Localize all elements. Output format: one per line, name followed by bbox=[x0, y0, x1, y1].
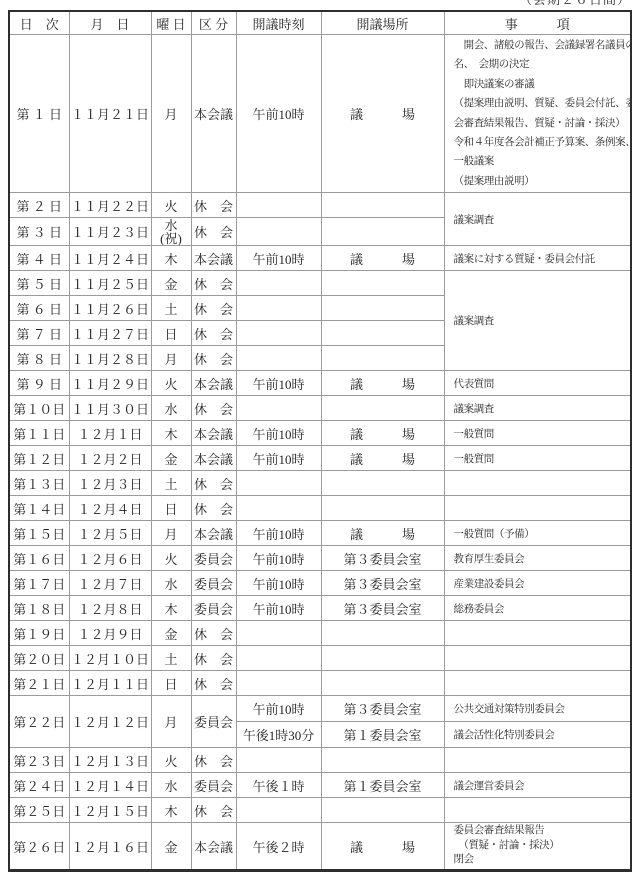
schedule-cell: 第１２日 bbox=[9, 446, 69, 471]
schedule-cell: 金 bbox=[151, 621, 191, 646]
matter-cell: 公共交通対策特別委員会 bbox=[444, 696, 631, 722]
schedule-cell: 第２０日 bbox=[9, 646, 69, 671]
schedule-cell bbox=[321, 296, 444, 321]
schedule-cell: 議 場 bbox=[321, 421, 444, 446]
schedule-cell: 本会議 bbox=[191, 35, 236, 193]
schedule-cell: 委員会 bbox=[191, 546, 236, 571]
column-header: 事 項 bbox=[444, 11, 631, 35]
schedule-cell: １２月２日 bbox=[69, 446, 151, 471]
schedule-cell: 午前10時 bbox=[236, 35, 321, 193]
schedule-cell: 午後２時 bbox=[236, 823, 321, 871]
text-line: 令和４年度各会計補正予算案、条例案、 bbox=[454, 133, 628, 152]
table-row: 第１０日１１月３０日水休 会議案調査 bbox=[9, 396, 631, 421]
schedule-cell bbox=[321, 218, 444, 246]
schedule-cell bbox=[236, 798, 321, 823]
schedule-cell: 休 会 bbox=[191, 671, 236, 696]
table-row: 第２３日１２月１３日火休 会 bbox=[9, 748, 631, 773]
schedule-cell: 休 会 bbox=[191, 471, 236, 496]
schedule-cell: １１月２４日 bbox=[69, 246, 151, 271]
schedule-cell: 金 bbox=[151, 271, 191, 296]
text-line: 開会、諸般の報告、会議録署名議員の指 bbox=[454, 36, 628, 55]
schedule-cell: 木 bbox=[151, 798, 191, 823]
schedule-cell: 第２６日 bbox=[9, 823, 69, 871]
matter-cell bbox=[444, 671, 631, 696]
table-row: 第１９日１２月９日金休 会 bbox=[9, 621, 631, 646]
table-row: 第 ９ 日１１月２９日火本会議午前10時議 場代表質問 bbox=[9, 371, 631, 396]
schedule-cell: 議 場 bbox=[321, 35, 444, 193]
schedule-cell: 休 会 bbox=[191, 218, 236, 246]
schedule-cell: １２月１５日 bbox=[69, 798, 151, 823]
schedule-cell: １２月６日 bbox=[69, 546, 151, 571]
schedule-cell: 第１１日 bbox=[9, 421, 69, 446]
schedule-cell: １１月２１日 bbox=[69, 35, 151, 193]
schedule-cell bbox=[236, 671, 321, 696]
schedule-cell: １１月２３日 bbox=[69, 218, 151, 246]
schedule-cell: 本会議 bbox=[191, 521, 236, 546]
schedule-cell: 議 場 bbox=[321, 521, 444, 546]
matter-cell bbox=[444, 798, 631, 823]
schedule-cell: １２月１３日 bbox=[69, 748, 151, 773]
matter-cell: 議案に対する質疑・委員会付託 bbox=[444, 246, 631, 271]
schedule-cell: １１月２９日 bbox=[69, 371, 151, 396]
table-row: 第１６日１２月６日火委員会午前10時第３委員会室教育厚生委員会 bbox=[9, 546, 631, 571]
schedule-cell bbox=[236, 496, 321, 521]
text-line: （提案理由説明、質疑、委員会付託、委員 bbox=[454, 94, 628, 113]
table-row: 第１７日１２月７日水委員会午前10時第３委員会室産業建設委員会 bbox=[9, 571, 631, 596]
text-line: 水 bbox=[152, 219, 191, 232]
text-line: （提案理由説明） bbox=[454, 172, 628, 191]
schedule-cell: 本会議 bbox=[191, 246, 236, 271]
header-row: 日 次月 日曜 日区 分開議時刻開議場所事 項 bbox=[9, 11, 631, 35]
text-line: (祝) bbox=[152, 232, 191, 245]
schedule-cell: 第 ７ 日 bbox=[9, 321, 69, 346]
schedule-cell: 第２５日 bbox=[9, 798, 69, 823]
schedule-cell: 第３委員会室 bbox=[321, 696, 444, 722]
schedule-cell: 委員会 bbox=[191, 773, 236, 798]
schedule-cell: 委員会 bbox=[191, 571, 236, 596]
schedule-cell: １２月９日 bbox=[69, 621, 151, 646]
matter-cell bbox=[444, 646, 631, 671]
schedule-cell: 土 bbox=[151, 471, 191, 496]
schedule-cell bbox=[236, 621, 321, 646]
schedule-cell bbox=[236, 218, 321, 246]
schedule-cell: 午後１時 bbox=[236, 773, 321, 798]
schedule-cell: 月 bbox=[151, 35, 191, 193]
schedule-cell: １１月２８日 bbox=[69, 346, 151, 371]
schedule-cell bbox=[321, 798, 444, 823]
schedule-cell: 議 場 bbox=[321, 371, 444, 396]
schedule-cell: １２月１６日 bbox=[69, 823, 151, 871]
schedule-cell: １２月１４日 bbox=[69, 773, 151, 798]
matter-cell bbox=[444, 496, 631, 521]
schedule-cell: 休 会 bbox=[191, 296, 236, 321]
column-header: 開議時刻 bbox=[236, 11, 321, 35]
schedule-cell: 第３委員会室 bbox=[321, 596, 444, 621]
schedule-cell: 第 ２ 日 bbox=[9, 193, 69, 218]
schedule-cell bbox=[236, 396, 321, 421]
schedule-cell: 第２１日 bbox=[9, 671, 69, 696]
schedule-cell: 第１４日 bbox=[9, 496, 69, 521]
schedule-cell: 第１委員会室 bbox=[321, 773, 444, 798]
schedule-cell bbox=[236, 296, 321, 321]
matter-cell: 総務委員会 bbox=[444, 596, 631, 621]
schedule-cell: 金 bbox=[151, 446, 191, 471]
matter-cell bbox=[444, 621, 631, 646]
schedule-cell: 木 bbox=[151, 246, 191, 271]
text-line: （質疑・討論・採決） bbox=[454, 839, 628, 854]
schedule-cell: 午前10時 bbox=[236, 596, 321, 621]
schedule-cell: １２月７日 bbox=[69, 571, 151, 596]
schedule-cell: 第２２日 bbox=[9, 696, 69, 748]
schedule-cell: １１月３０日 bbox=[69, 396, 151, 421]
text-line: 会審査結果報告、質疑・討論・採決） bbox=[454, 114, 628, 133]
schedule-cell: １２月３日 bbox=[69, 471, 151, 496]
table-row: 第２２日１２月１２日月委員会午前10時第３委員会室公共交通対策特別委員会 bbox=[9, 696, 631, 722]
schedule-cell: 土 bbox=[151, 646, 191, 671]
schedule-cell: 第 １ 日 bbox=[9, 35, 69, 193]
text-line: 名、 会期の決定 bbox=[454, 55, 628, 74]
schedule-cell: 第１７日 bbox=[9, 571, 69, 596]
schedule-cell: 月 bbox=[151, 696, 191, 748]
column-header: 月 日 bbox=[69, 11, 151, 35]
schedule-cell: 水 bbox=[151, 396, 191, 421]
schedule-cell: 午前10時 bbox=[236, 246, 321, 271]
schedule-cell bbox=[236, 271, 321, 296]
schedule-cell: 木 bbox=[151, 421, 191, 446]
column-header: 区 分 bbox=[191, 11, 236, 35]
session-schedule-table: 日 次月 日曜 日区 分開議時刻開議場所事 項 第 １ 日１１月２１日月本会議午… bbox=[8, 10, 632, 872]
table-row: 第２６日１２月１６日金本会議午後２時議 場委員会審査結果報告 （質疑・討論・採決… bbox=[9, 823, 631, 871]
schedule-cell: 午前10時 bbox=[236, 446, 321, 471]
schedule-cell: 委員会 bbox=[191, 596, 236, 621]
schedule-cell: １２月１日 bbox=[69, 421, 151, 446]
schedule-cell: 第 ５ 日 bbox=[9, 271, 69, 296]
matter-cell: 開会、諸般の報告、会議録署名議員の指名、 会期の決定 即決議案の審議（提案理由説… bbox=[444, 35, 631, 193]
schedule-cell bbox=[321, 271, 444, 296]
schedule-cell: 本会議 bbox=[191, 823, 236, 871]
table-row: 第 ５ 日１１月２５日金休 会議案調査 bbox=[9, 271, 631, 296]
matter-cell: 一般質問（予備） bbox=[444, 521, 631, 546]
schedule-cell: 第 ８ 日 bbox=[9, 346, 69, 371]
schedule-cell: １１月２７日 bbox=[69, 321, 151, 346]
schedule-cell: 土 bbox=[151, 296, 191, 321]
matter-cell: 教育厚生委員会 bbox=[444, 546, 631, 571]
table-row: 第１２日１２月２日金本会議午前10時議 場一般質問 bbox=[9, 446, 631, 471]
table-row: 第２４日１２月１４日水委員会午後１時第１委員会室議会運営委員会 bbox=[9, 773, 631, 798]
schedule-cell: 午前10時 bbox=[236, 546, 321, 571]
schedule-cell: 本会議 bbox=[191, 446, 236, 471]
schedule-cell: 第１９日 bbox=[9, 621, 69, 646]
schedule-cell: 第 ６ 日 bbox=[9, 296, 69, 321]
schedule-cell: 休 会 bbox=[191, 321, 236, 346]
text-line: 閉会 bbox=[454, 853, 628, 868]
table-row: 第 ２ 日１１月２２日火休 会議案調査 bbox=[9, 193, 631, 218]
schedule-cell: 第２４日 bbox=[9, 773, 69, 798]
schedule-cell: 第 ４ 日 bbox=[9, 246, 69, 271]
schedule-cell: 本会議 bbox=[191, 371, 236, 396]
schedule-cell: 午前10時 bbox=[236, 696, 321, 722]
schedule-cell: 休 会 bbox=[191, 646, 236, 671]
schedule-cell: 午後1時30分 bbox=[236, 722, 321, 748]
schedule-cell: 第１３日 bbox=[9, 471, 69, 496]
table-row: 第 ４ 日１１月２４日木本会議午前10時議 場議案に対する質疑・委員会付託 bbox=[9, 246, 631, 271]
session-schedule-page: （会期２６日間） 日 次月 日曜 日区 分開議時刻開議場所事 項 第 １ 日１１… bbox=[0, 0, 637, 875]
column-header: 日 次 bbox=[9, 11, 69, 35]
schedule-cell bbox=[236, 346, 321, 371]
schedule-cell: 第１０日 bbox=[9, 396, 69, 421]
text-line: 即決議案の審議 bbox=[454, 75, 628, 94]
schedule-cell: 午前10時 bbox=[236, 521, 321, 546]
schedule-cell bbox=[321, 496, 444, 521]
matter-cell: 議会運営委員会 bbox=[444, 773, 631, 798]
table-row: 第１８日１２月８日木委員会午前10時第３委員会室総務委員会 bbox=[9, 596, 631, 621]
schedule-cell: 第１６日 bbox=[9, 546, 69, 571]
table-row: 第１４日１２月４日日休 会 bbox=[9, 496, 631, 521]
schedule-cell: 第１委員会室 bbox=[321, 722, 444, 748]
schedule-cell: １２月５日 bbox=[69, 521, 151, 546]
schedule-cell bbox=[321, 621, 444, 646]
matter-cell: 委員会審査結果報告 （質疑・討論・採決）閉会 bbox=[444, 823, 631, 871]
schedule-cell: 議 場 bbox=[321, 446, 444, 471]
schedule-cell: 休 会 bbox=[191, 621, 236, 646]
schedule-cell: １２月１１日 bbox=[69, 671, 151, 696]
schedule-cell: 月 bbox=[151, 521, 191, 546]
matter-cell: 議案調査 bbox=[444, 271, 631, 371]
schedule-cell: 第 ９ 日 bbox=[9, 371, 69, 396]
table-row: 第１３日１２月３日土休 会 bbox=[9, 471, 631, 496]
matter-cell: 議案調査 bbox=[444, 193, 631, 246]
matter-cell bbox=[444, 748, 631, 773]
matter-cell: 産業建設委員会 bbox=[444, 571, 631, 596]
table-row: 第２０日１２月１０日土休 会 bbox=[9, 646, 631, 671]
text-line: 委員会審査結果報告 bbox=[454, 824, 628, 839]
schedule-cell: 休 会 bbox=[191, 748, 236, 773]
schedule-cell: １１月２５日 bbox=[69, 271, 151, 296]
schedule-cell: 木 bbox=[151, 596, 191, 621]
table-row: 第 １ 日１１月２１日月本会議午前10時議 場 開会、諸般の報告、会議録署名議員… bbox=[9, 35, 631, 193]
schedule-cell bbox=[321, 321, 444, 346]
schedule-cell: 水 bbox=[151, 773, 191, 798]
schedule-cell: 火 bbox=[151, 193, 191, 218]
schedule-cell: 第 ３ 日 bbox=[9, 218, 69, 246]
matter-cell: 一般質問 bbox=[444, 421, 631, 446]
schedule-cell: １１月２２日 bbox=[69, 193, 151, 218]
schedule-cell: 日 bbox=[151, 671, 191, 696]
schedule-cell: 日 bbox=[151, 321, 191, 346]
matter-cell: 代表質問 bbox=[444, 371, 631, 396]
schedule-cell: 委員会 bbox=[191, 696, 236, 748]
schedule-cell: 本会議 bbox=[191, 421, 236, 446]
matter-cell bbox=[444, 471, 631, 496]
schedule-cell: 第１５日 bbox=[9, 521, 69, 546]
schedule-cell: 火 bbox=[151, 371, 191, 396]
schedule-cell bbox=[236, 748, 321, 773]
session-length-note: （会期２６日間） bbox=[519, 0, 631, 8]
table-row: 第２１日１２月１１日日休 会 bbox=[9, 671, 631, 696]
schedule-cell bbox=[321, 671, 444, 696]
schedule-cell: １２月１２日 bbox=[69, 696, 151, 748]
schedule-cell: 休 会 bbox=[191, 496, 236, 521]
schedule-cell bbox=[321, 193, 444, 218]
schedule-body: 第 １ 日１１月２１日月本会議午前10時議 場 開会、諸般の報告、会議録署名議員… bbox=[9, 35, 631, 871]
schedule-cell: 休 会 bbox=[191, 396, 236, 421]
schedule-cell bbox=[321, 346, 444, 371]
schedule-cell: 休 会 bbox=[191, 193, 236, 218]
schedule-cell bbox=[321, 646, 444, 671]
text-line: 一般議案 bbox=[454, 152, 628, 171]
schedule-cell bbox=[236, 321, 321, 346]
schedule-cell: 議 場 bbox=[321, 246, 444, 271]
schedule-cell: １２月８日 bbox=[69, 596, 151, 621]
schedule-cell: 月 bbox=[151, 346, 191, 371]
schedule-cell: 休 会 bbox=[191, 798, 236, 823]
schedule-cell: 午前10時 bbox=[236, 571, 321, 596]
schedule-cell: 第１８日 bbox=[9, 596, 69, 621]
schedule-cell: １１月２６日 bbox=[69, 296, 151, 321]
column-header: 曜 日 bbox=[151, 11, 191, 35]
matter-cell: 議案調査 bbox=[444, 396, 631, 421]
schedule-cell bbox=[321, 748, 444, 773]
table-row: 第２５日１２月１５日木休 会 bbox=[9, 798, 631, 823]
schedule-cell: 第３委員会室 bbox=[321, 546, 444, 571]
schedule-cell: 第２３日 bbox=[9, 748, 69, 773]
schedule-cell: 火 bbox=[151, 748, 191, 773]
schedule-cell bbox=[321, 396, 444, 421]
schedule-cell: 議 場 bbox=[321, 823, 444, 871]
schedule-cell: 金 bbox=[151, 823, 191, 871]
schedule-cell: 午前10時 bbox=[236, 371, 321, 396]
schedule-cell: １２月１０日 bbox=[69, 646, 151, 671]
schedule-cell: 日 bbox=[151, 496, 191, 521]
schedule-cell: 水 bbox=[151, 571, 191, 596]
schedule-cell: 午前10時 bbox=[236, 421, 321, 446]
table-row: 第１１日１２月１日木本会議午前10時議 場一般質問 bbox=[9, 421, 631, 446]
schedule-cell bbox=[321, 471, 444, 496]
schedule-cell bbox=[236, 646, 321, 671]
schedule-cell: 第３委員会室 bbox=[321, 571, 444, 596]
matter-cell: 議会活性化特別委員会 bbox=[444, 722, 631, 748]
matter-cell: 一般質問 bbox=[444, 446, 631, 471]
schedule-cell: 火 bbox=[151, 546, 191, 571]
column-header: 開議場所 bbox=[321, 11, 444, 35]
schedule-cell bbox=[236, 471, 321, 496]
schedule-cell: 休 会 bbox=[191, 346, 236, 371]
table-row: 第１５日１２月５日月本会議午前10時議 場一般質問（予備） bbox=[9, 521, 631, 546]
schedule-cell bbox=[236, 193, 321, 218]
schedule-cell: １２月４日 bbox=[69, 496, 151, 521]
schedule-cell: 水(祝) bbox=[151, 218, 191, 246]
schedule-cell: 休 会 bbox=[191, 271, 236, 296]
